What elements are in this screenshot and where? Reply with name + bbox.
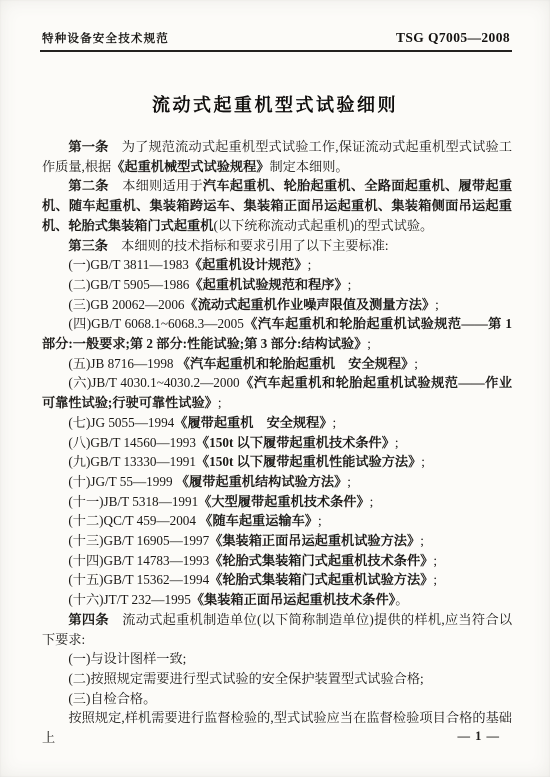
bold-text-segment: 第三条 <box>68 238 108 253</box>
paragraph: (九)GB/T 13330—1991《150t 以下履带起重机性能试验方法》; <box>42 452 512 472</box>
paragraph: (十四)GB/T 14783—1993《轮胎式集装箱门式起重机技术条件》; <box>42 551 512 571</box>
page-number: — 1 — <box>458 729 501 744</box>
paragraph: (一)GB/T 3811—1983《起重机设计规范》; <box>42 255 512 275</box>
text-segment: (七)JG 5055—1994 <box>68 415 174 430</box>
text-segment: ; <box>435 297 439 312</box>
text-segment: 流动式起重机制造单位(以下简称制造单位)提供的样机,应当符合以下要求: <box>42 612 512 647</box>
paragraph: (五)JB 8716—1998 《汽车起重机和轮胎起重机 安全规程》; <box>42 354 512 374</box>
paragraph: (十六)JT/T 232—1995《集装箱正面吊运起重机技术条件》。 <box>42 590 512 610</box>
text-segment: (十四)GB/T 14783—1993 <box>68 553 209 568</box>
text-segment: (十三)GB/T 16905—1997 <box>68 533 209 548</box>
paragraph: (三)GB 20062—2006《流动式起重机作业噪声限值及测量方法》; <box>42 295 512 315</box>
bold-text-segment: 《汽车起重机和轮胎起重机 安全规程》 <box>177 356 414 371</box>
paragraph: (四)GB/T 6068.1~6068.3—2005《汽车起重机和轮胎起重机试验… <box>42 314 512 353</box>
bold-text-segment: 《起重机设计规范》 <box>189 257 308 272</box>
paragraph: (二)GB/T 5905—1986《起重机试验规范和程序》; <box>42 275 512 295</box>
paragraph: (十一)JB/T 5318—1991《大型履带起重机技术条件》; <box>42 492 512 512</box>
paragraph: (十二)QC/T 459—2004 《随车起重运输车》; <box>42 511 512 531</box>
paragraph: 第一条 为了规范流动式起重机型式试验工作,保证流动式起重机型式试验工作质量,根据… <box>42 137 512 176</box>
text-segment: 本细则适用于 <box>109 178 203 193</box>
text-segment: ; <box>420 533 424 548</box>
text-segment: 按照规定,样机需要进行监督检验的,型式试验应当在监督检验项目合格的基础上 <box>42 710 512 745</box>
text-segment: ; <box>433 553 437 568</box>
text-segment: (三)GB 20062—2006 <box>68 297 184 312</box>
bold-text-segment: 《集装箱正面吊运起重机试验方法》 <box>209 533 420 548</box>
text-segment: (以下统称流动式起重机)的型式试验。 <box>213 218 433 233</box>
paragraph: (七)JG 5055—1994《履带起重机 安全规程》; <box>42 413 512 433</box>
text-segment: (二)按照规定需要进行型式试验的安全保护装置型式试验合格; <box>68 671 423 686</box>
paragraph: (一)与设计图样一致; <box>42 649 512 669</box>
paragraph: (六)JB/T 4030.1~4030.2—2000《汽车起重机和轮胎起重机试验… <box>42 373 512 412</box>
text-segment: ; <box>308 257 312 272</box>
bold-text-segment: 第二条 <box>68 178 108 193</box>
bold-text-segment: 《起重机试验规范和程序》 <box>189 277 347 292</box>
document-page: 特种设备安全技术规范 TSG Q7005—2008 流动式起重机型式试验细则 第… <box>0 0 550 777</box>
bold-text-segment: 《集装箱正面吊运起重机技术条件》 <box>191 592 395 607</box>
text-segment: 本细则的技术指标和要求引用了以下主要标准: <box>108 238 389 253</box>
text-segment: (八)GB/T 14560—1993 <box>68 435 196 450</box>
paragraph: (三)自检合格。 <box>42 689 512 709</box>
header-left-text: 特种设备安全技术规范 <box>42 30 169 46</box>
bold-text-segment: 《随车起重运输车》 <box>199 513 318 528</box>
text-segment: (二)GB/T 5905—1986 <box>68 277 189 292</box>
paragraph: 第三条 本细则的技术指标和要求引用了以下主要标准: <box>42 236 512 256</box>
paragraph: (八)GB/T 14560—1993《150t 以下履带起重机技术条件》; <box>42 433 512 453</box>
paragraph: 第二条 本细则适用于汽车起重机、轮胎起重机、全路面起重机、履带起重机、随车起重机… <box>42 176 512 235</box>
bold-text-segment: 《履带起重机 安全规程》 <box>174 415 332 430</box>
text-segment: ; <box>318 513 322 528</box>
text-segment: (三)自检合格。 <box>68 691 156 706</box>
document-body: 第一条 为了规范流动式起重机型式试验工作,保证流动式起重机型式试验工作质量,根据… <box>42 137 512 748</box>
paragraph: 第四条 流动式起重机制造单位(以下简称制造单位)提供的样机,应当符合以下要求: <box>42 610 512 649</box>
text-segment: (九)GB/T 13330—1991 <box>68 454 196 469</box>
bold-text-segment: 《流动式起重机作业噪声限值及测量方法》 <box>185 297 436 312</box>
text-segment: ; <box>370 494 374 509</box>
paragraph: (二)按照规定需要进行型式试验的安全保护装置型式试验合格; <box>42 669 512 689</box>
text-segment: 。 <box>395 592 408 607</box>
paragraph: (十)JG/T 55—1999 《履带起重机结构试验方法》; <box>42 472 512 492</box>
paragraph: (十五)GB/T 15362—1994《轮胎式集装箱门式起重机试验方法》; <box>42 570 512 590</box>
bold-text-segment: 《轮胎式集装箱门式起重机试验方法》 <box>209 572 433 587</box>
text-segment: 制定本细则。 <box>269 159 348 174</box>
text-segment: ; <box>333 415 337 430</box>
bold-text-segment: 《大型履带起重机技术条件》 <box>198 494 369 509</box>
text-segment: (五)JB 8716—1998 <box>68 356 176 371</box>
text-segment: (十二)QC/T 459—2004 <box>68 513 199 528</box>
bold-text-segment: 《履带起重机结构试验方法》 <box>176 474 347 489</box>
text-segment: ; <box>433 572 437 587</box>
header-rule <box>40 50 512 52</box>
text-segment: ; <box>414 356 418 371</box>
page-title: 流动式起重机型式试验细则 <box>0 91 550 117</box>
bold-text-segment: 《轮胎式集装箱门式起重机技术条件》 <box>209 553 433 568</box>
bold-text-segment: 《150t 以下履带起重机性能试验方法》 <box>196 454 421 469</box>
text-segment: (十)JG/T 55—1999 <box>68 474 175 489</box>
text-segment: ; <box>218 395 222 410</box>
bold-text-segment: 《150t 以下履带起重机技术条件》 <box>196 435 395 450</box>
text-segment: (十五)GB/T 15362—1994 <box>68 572 209 587</box>
text-segment: ; <box>421 454 425 469</box>
bold-text-segment: 第一条 <box>68 139 108 154</box>
text-segment: (十六)JT/T 232—1995 <box>68 592 190 607</box>
text-segment: ; <box>348 277 352 292</box>
text-segment: ; <box>367 336 371 351</box>
page-header: 特种设备安全技术规范 TSG Q7005—2008 <box>42 30 510 46</box>
text-segment: ; <box>347 474 351 489</box>
text-segment: (六)JB/T 4030.1~4030.2—2000 <box>68 375 239 390</box>
text-segment: ; <box>395 435 399 450</box>
text-segment: (四)GB/T 6068.1~6068.3—2005 <box>68 316 243 331</box>
bold-text-segment: 《起重机械型式试验规程》 <box>111 159 269 174</box>
text-segment: (一)与设计图样一致; <box>68 651 186 666</box>
header-doc-code: TSG Q7005—2008 <box>396 30 510 46</box>
text-segment: (一)GB/T 3811—1983 <box>68 257 189 272</box>
paragraph: (十三)GB/T 16905—1997《集装箱正面吊运起重机试验方法》; <box>42 531 512 551</box>
bold-text-segment: 第四条 <box>68 612 108 627</box>
paragraph: 按照规定,样机需要进行监督检验的,型式试验应当在监督检验项目合格的基础上 <box>42 708 512 747</box>
text-segment: (十一)JB/T 5318—1991 <box>68 494 198 509</box>
